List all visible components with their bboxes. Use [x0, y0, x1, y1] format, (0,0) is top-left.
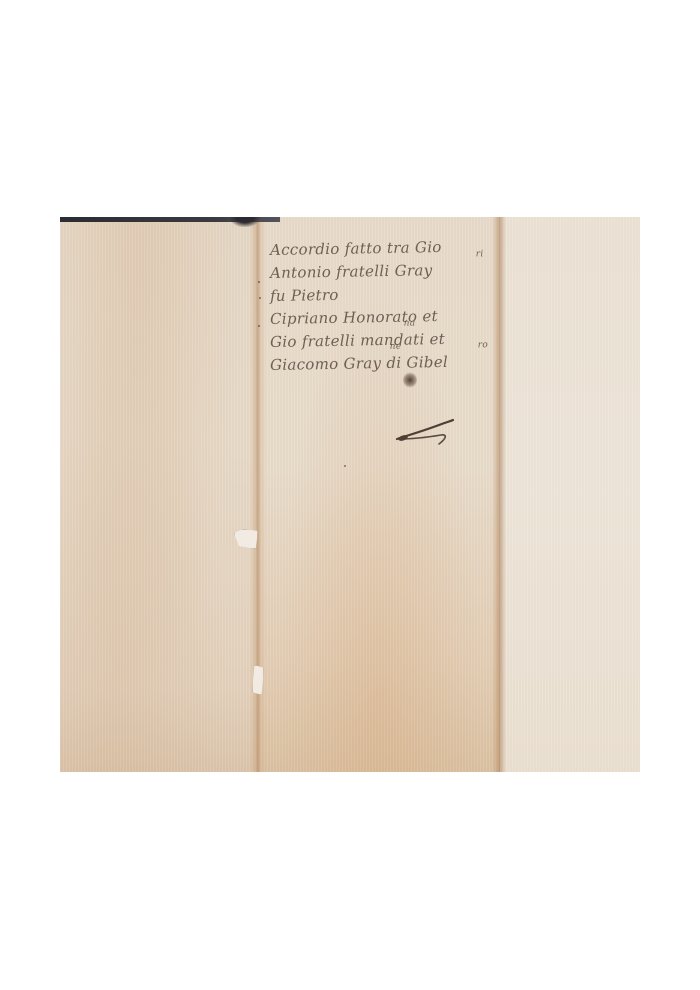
pinhole-mark [259, 297, 261, 299]
inscription-line-text: Giacomo Gray di Gibel [270, 353, 448, 374]
inscription-line-text: Antonio fratelli Gray [270, 261, 433, 282]
document-left-panel [60, 217, 258, 772]
pen-flourish-icon [395, 417, 455, 447]
pinhole-mark [258, 325, 260, 327]
inscription-line-text: Gio fratelli mandati et [270, 330, 445, 351]
superscript: ne [390, 343, 402, 352]
page-background: Accordio fatto tra Gio Antonio fratelli … [0, 0, 700, 990]
inscription-line: Giacomo Gray di Gibel ne ro [270, 350, 500, 377]
document-right-panel [500, 217, 640, 772]
superscript: na [404, 319, 416, 328]
scanned-document: Accordio fatto tra Gio Antonio fratelli … [60, 217, 640, 772]
handwritten-inscription: Accordio fatto tra Gio Antonio fratelli … [270, 239, 500, 377]
superscript: ri [476, 250, 484, 259]
pinhole-mark [344, 465, 346, 467]
pinhole-mark [258, 281, 260, 283]
superscript: ro [478, 341, 488, 350]
top-edge-notch [230, 217, 260, 227]
